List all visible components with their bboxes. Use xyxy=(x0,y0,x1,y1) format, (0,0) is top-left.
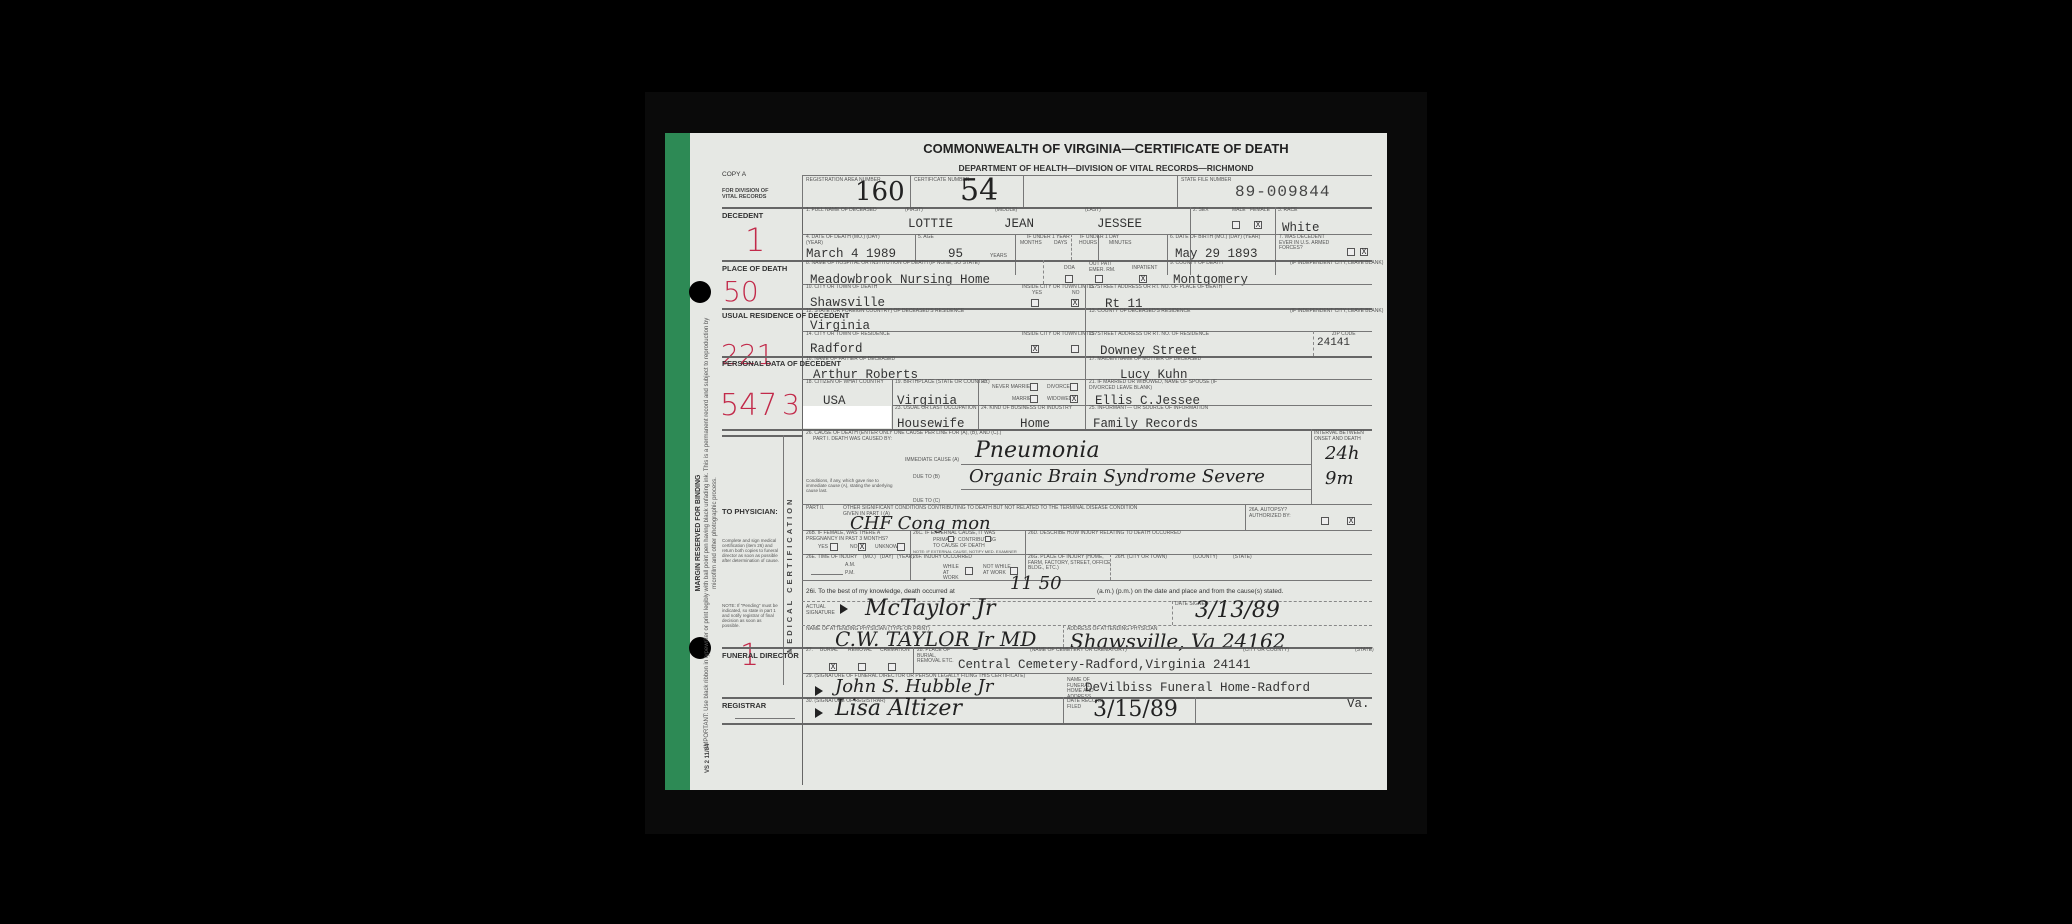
pregnancy-unknown-checkbox[interactable] xyxy=(897,543,905,551)
death-inside-city-yes[interactable] xyxy=(1031,299,1039,307)
immediate-cause: Pneumonia xyxy=(975,438,1100,463)
zip-code: 24141 xyxy=(1317,337,1350,349)
middle-name: JEAN xyxy=(1004,217,1034,231)
last-name: JESSEE xyxy=(1097,217,1142,231)
due-to-b: Organic Brain Syndrome Severe xyxy=(969,466,1265,487)
signature-arrow-icon xyxy=(815,686,823,696)
city-of-residence: Radford xyxy=(810,342,863,356)
residence-inside-city-yes[interactable]: X xyxy=(1031,345,1039,353)
certificate-subtitle: DEPARTMENT OF HEALTH—DIVISION OF VITAL R… xyxy=(665,163,1387,173)
due-to-b-interval: 9m xyxy=(1325,468,1354,489)
decedent-code: 1 xyxy=(745,221,765,259)
contributing-checkbox[interactable] xyxy=(985,536,991,542)
physician-signature: McTaylor Jr xyxy=(865,596,996,621)
death-certificate: MARGIN RESERVED FOR BINDING IMPORTANT: U… xyxy=(665,133,1387,790)
first-name: LOTTIE xyxy=(908,217,953,231)
redacted-field xyxy=(803,406,891,428)
personal-data-code-b: 3 xyxy=(782,388,800,421)
date-of-death: March 4 1989 xyxy=(806,247,896,261)
married-checkbox[interactable] xyxy=(1030,395,1038,403)
certificate-number: 54 xyxy=(960,173,998,208)
never-married-checkbox[interactable] xyxy=(1030,383,1038,391)
sex-female-checkbox[interactable]: X xyxy=(1254,221,1262,229)
age: 95 xyxy=(948,247,963,261)
divorced-checkbox[interactable] xyxy=(1070,383,1078,391)
funeral-home: DeVilbiss Funeral Home-Radford xyxy=(1085,681,1310,695)
binding-margin-note: MARGIN RESERVED FOR BINDING IMPORTANT: U… xyxy=(695,313,745,753)
autopsy-yes-checkbox[interactable] xyxy=(1321,517,1329,525)
personal-data-code-a: 547 xyxy=(720,388,777,423)
signature-arrow-icon xyxy=(840,604,848,614)
time-of-death: 11 50 xyxy=(1010,573,1062,594)
sex-male-checkbox[interactable] xyxy=(1232,221,1240,229)
date-of-birth: May 29 1893 xyxy=(1175,247,1258,261)
pregnancy-yes-checkbox[interactable] xyxy=(830,543,838,551)
binding-stripe xyxy=(665,133,690,790)
armed-forces-yes-checkbox[interactable] xyxy=(1347,248,1355,256)
inpatient-checkbox[interactable]: X xyxy=(1139,275,1147,283)
armed-forces-no-checkbox[interactable]: X xyxy=(1360,248,1368,256)
immediate-interval: 24h xyxy=(1325,443,1360,464)
pregnancy-no-checkbox[interactable]: X xyxy=(858,543,866,551)
while-at-work-checkbox[interactable] xyxy=(965,567,973,575)
burial-checkbox[interactable]: X xyxy=(829,663,837,671)
funeral-director-signature: John S. Hubble Jr xyxy=(835,676,993,697)
registrar-signature: Lisa Altizer xyxy=(835,696,962,721)
form-code: VS 2 11/84 xyxy=(705,744,711,773)
doa-checkbox[interactable] xyxy=(1065,275,1073,283)
outpatient-checkbox[interactable] xyxy=(1095,275,1103,283)
copy-label: COPY A xyxy=(722,171,746,178)
certificate-title: COMMONWEALTH OF VIRGINIA—CERTIFICATE OF … xyxy=(665,141,1387,156)
date-filed: 3/15/89 xyxy=(1093,697,1178,722)
race: White xyxy=(1282,221,1320,235)
date-signed: 3/13/89 xyxy=(1195,598,1280,623)
punch-hole xyxy=(689,281,711,303)
burial-place: Central Cemetery-Radford,Virginia 24141 xyxy=(958,658,1251,672)
autopsy-no-checkbox[interactable]: X xyxy=(1347,517,1355,525)
place-of-death-code: 50 xyxy=(723,275,759,308)
registration-area: 160 xyxy=(855,177,905,207)
funeral-home-state: Va. xyxy=(1347,697,1370,711)
primary-checkbox[interactable] xyxy=(948,536,954,542)
cremation-checkbox[interactable] xyxy=(888,663,896,671)
signature-arrow-icon xyxy=(815,708,823,718)
division-label: FOR DIVISION OF VITAL RECORDS xyxy=(722,188,782,200)
removal-checkbox[interactable] xyxy=(858,663,866,671)
medical-certification-label: MEDICAL CERTIFICATION xyxy=(785,497,794,653)
residence-inside-city-no[interactable] xyxy=(1071,345,1079,353)
death-inside-city-no[interactable]: X xyxy=(1071,299,1079,307)
state-file-number: 89-009844 xyxy=(1235,183,1330,201)
widowed-checkbox[interactable]: X xyxy=(1070,395,1078,403)
